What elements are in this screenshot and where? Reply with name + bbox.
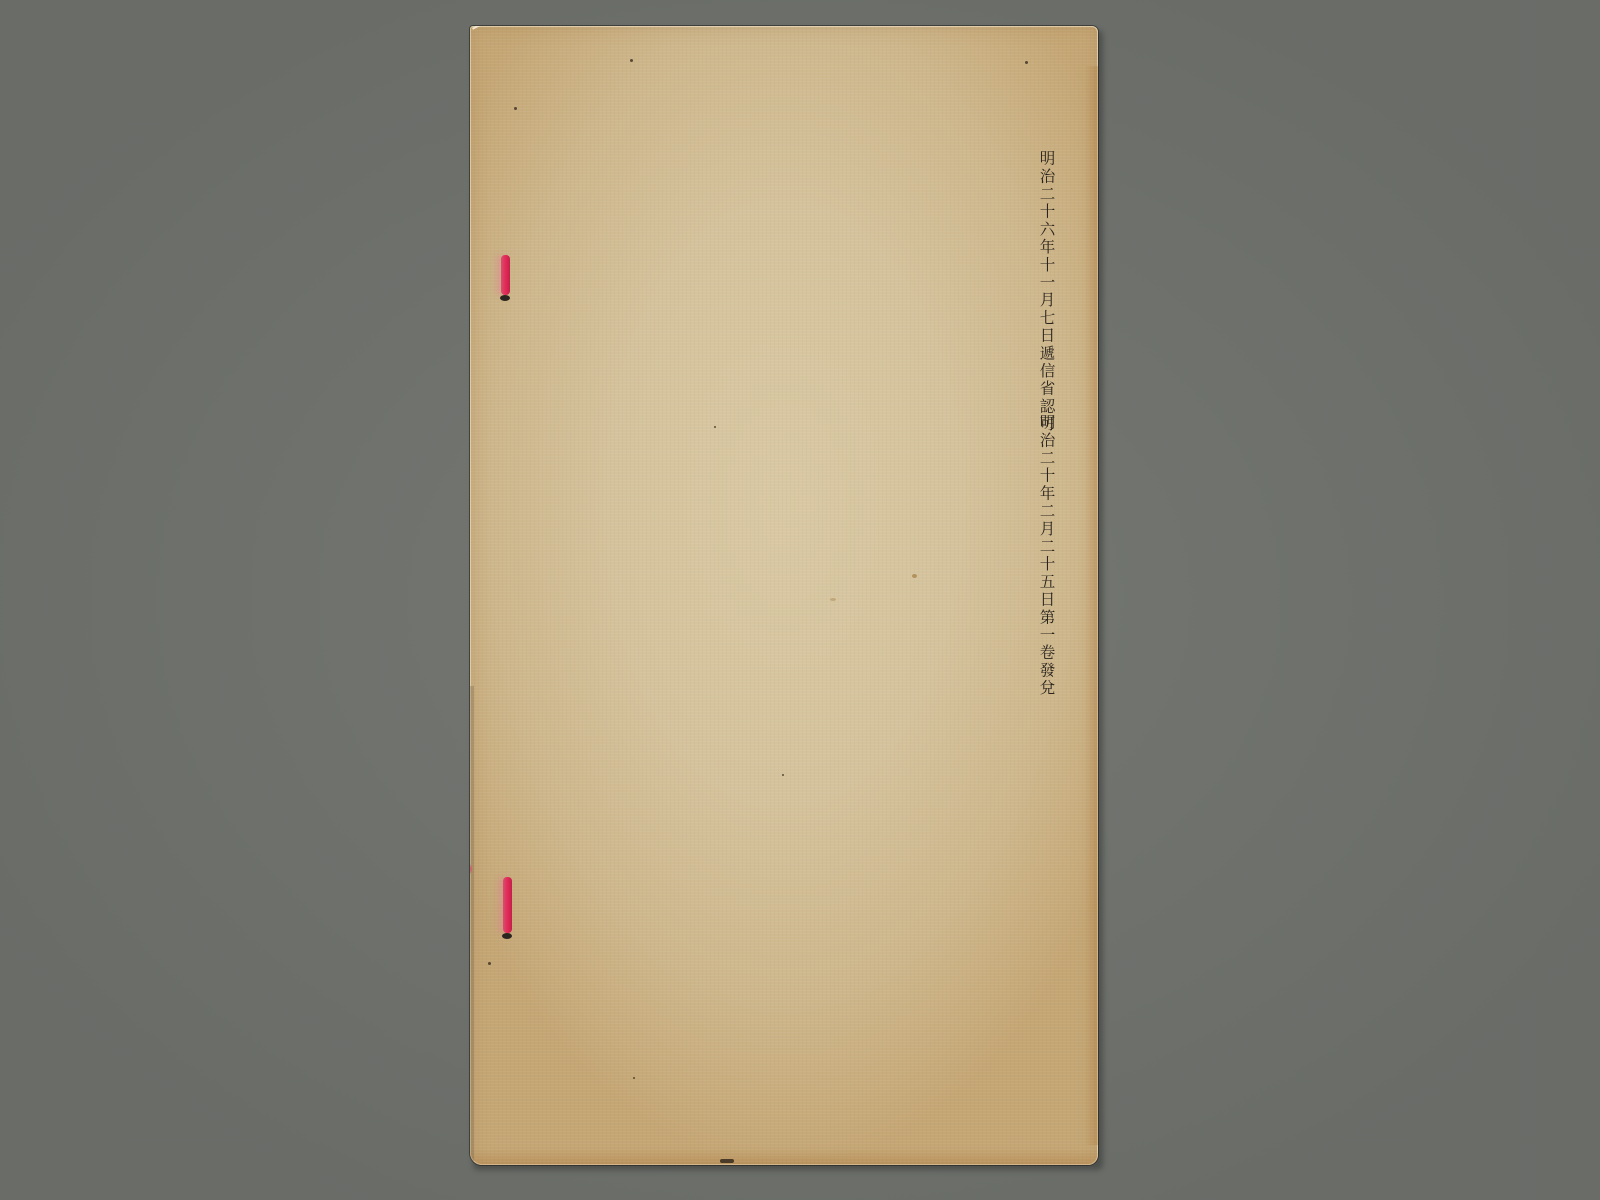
colophon-first-issue-line: 明治二十年二月二十五日第一卷發兌 <box>1038 414 1054 697</box>
paper-speck <box>1025 61 1028 64</box>
paper-speck <box>630 59 633 62</box>
top-left-corner-fold <box>472 26 494 40</box>
page-right-edge-discoloration <box>1084 66 1098 1145</box>
paper-speck <box>488 962 491 965</box>
paper-speck <box>514 107 517 110</box>
binding-thread-bottom <box>503 877 512 933</box>
page-bottom-edge-discoloration <box>470 1149 1098 1165</box>
paper-stain <box>830 598 836 601</box>
booklet-back-cover: 明治二十六年十一月七日遞信省認可 明治二十年二月二十五日第一卷發兌 <box>470 26 1098 1165</box>
binding-thread-top <box>501 255 510 295</box>
paper-speck <box>714 426 716 428</box>
paper-speck <box>782 774 784 776</box>
paper-speck <box>633 1077 635 1079</box>
colophon-permit-line: 明治二十六年十一月七日遞信省認可 <box>1038 150 1054 433</box>
paper-stain <box>912 574 917 578</box>
bottom-edge-mark <box>720 1159 734 1163</box>
spine-edge-step <box>470 686 474 1165</box>
